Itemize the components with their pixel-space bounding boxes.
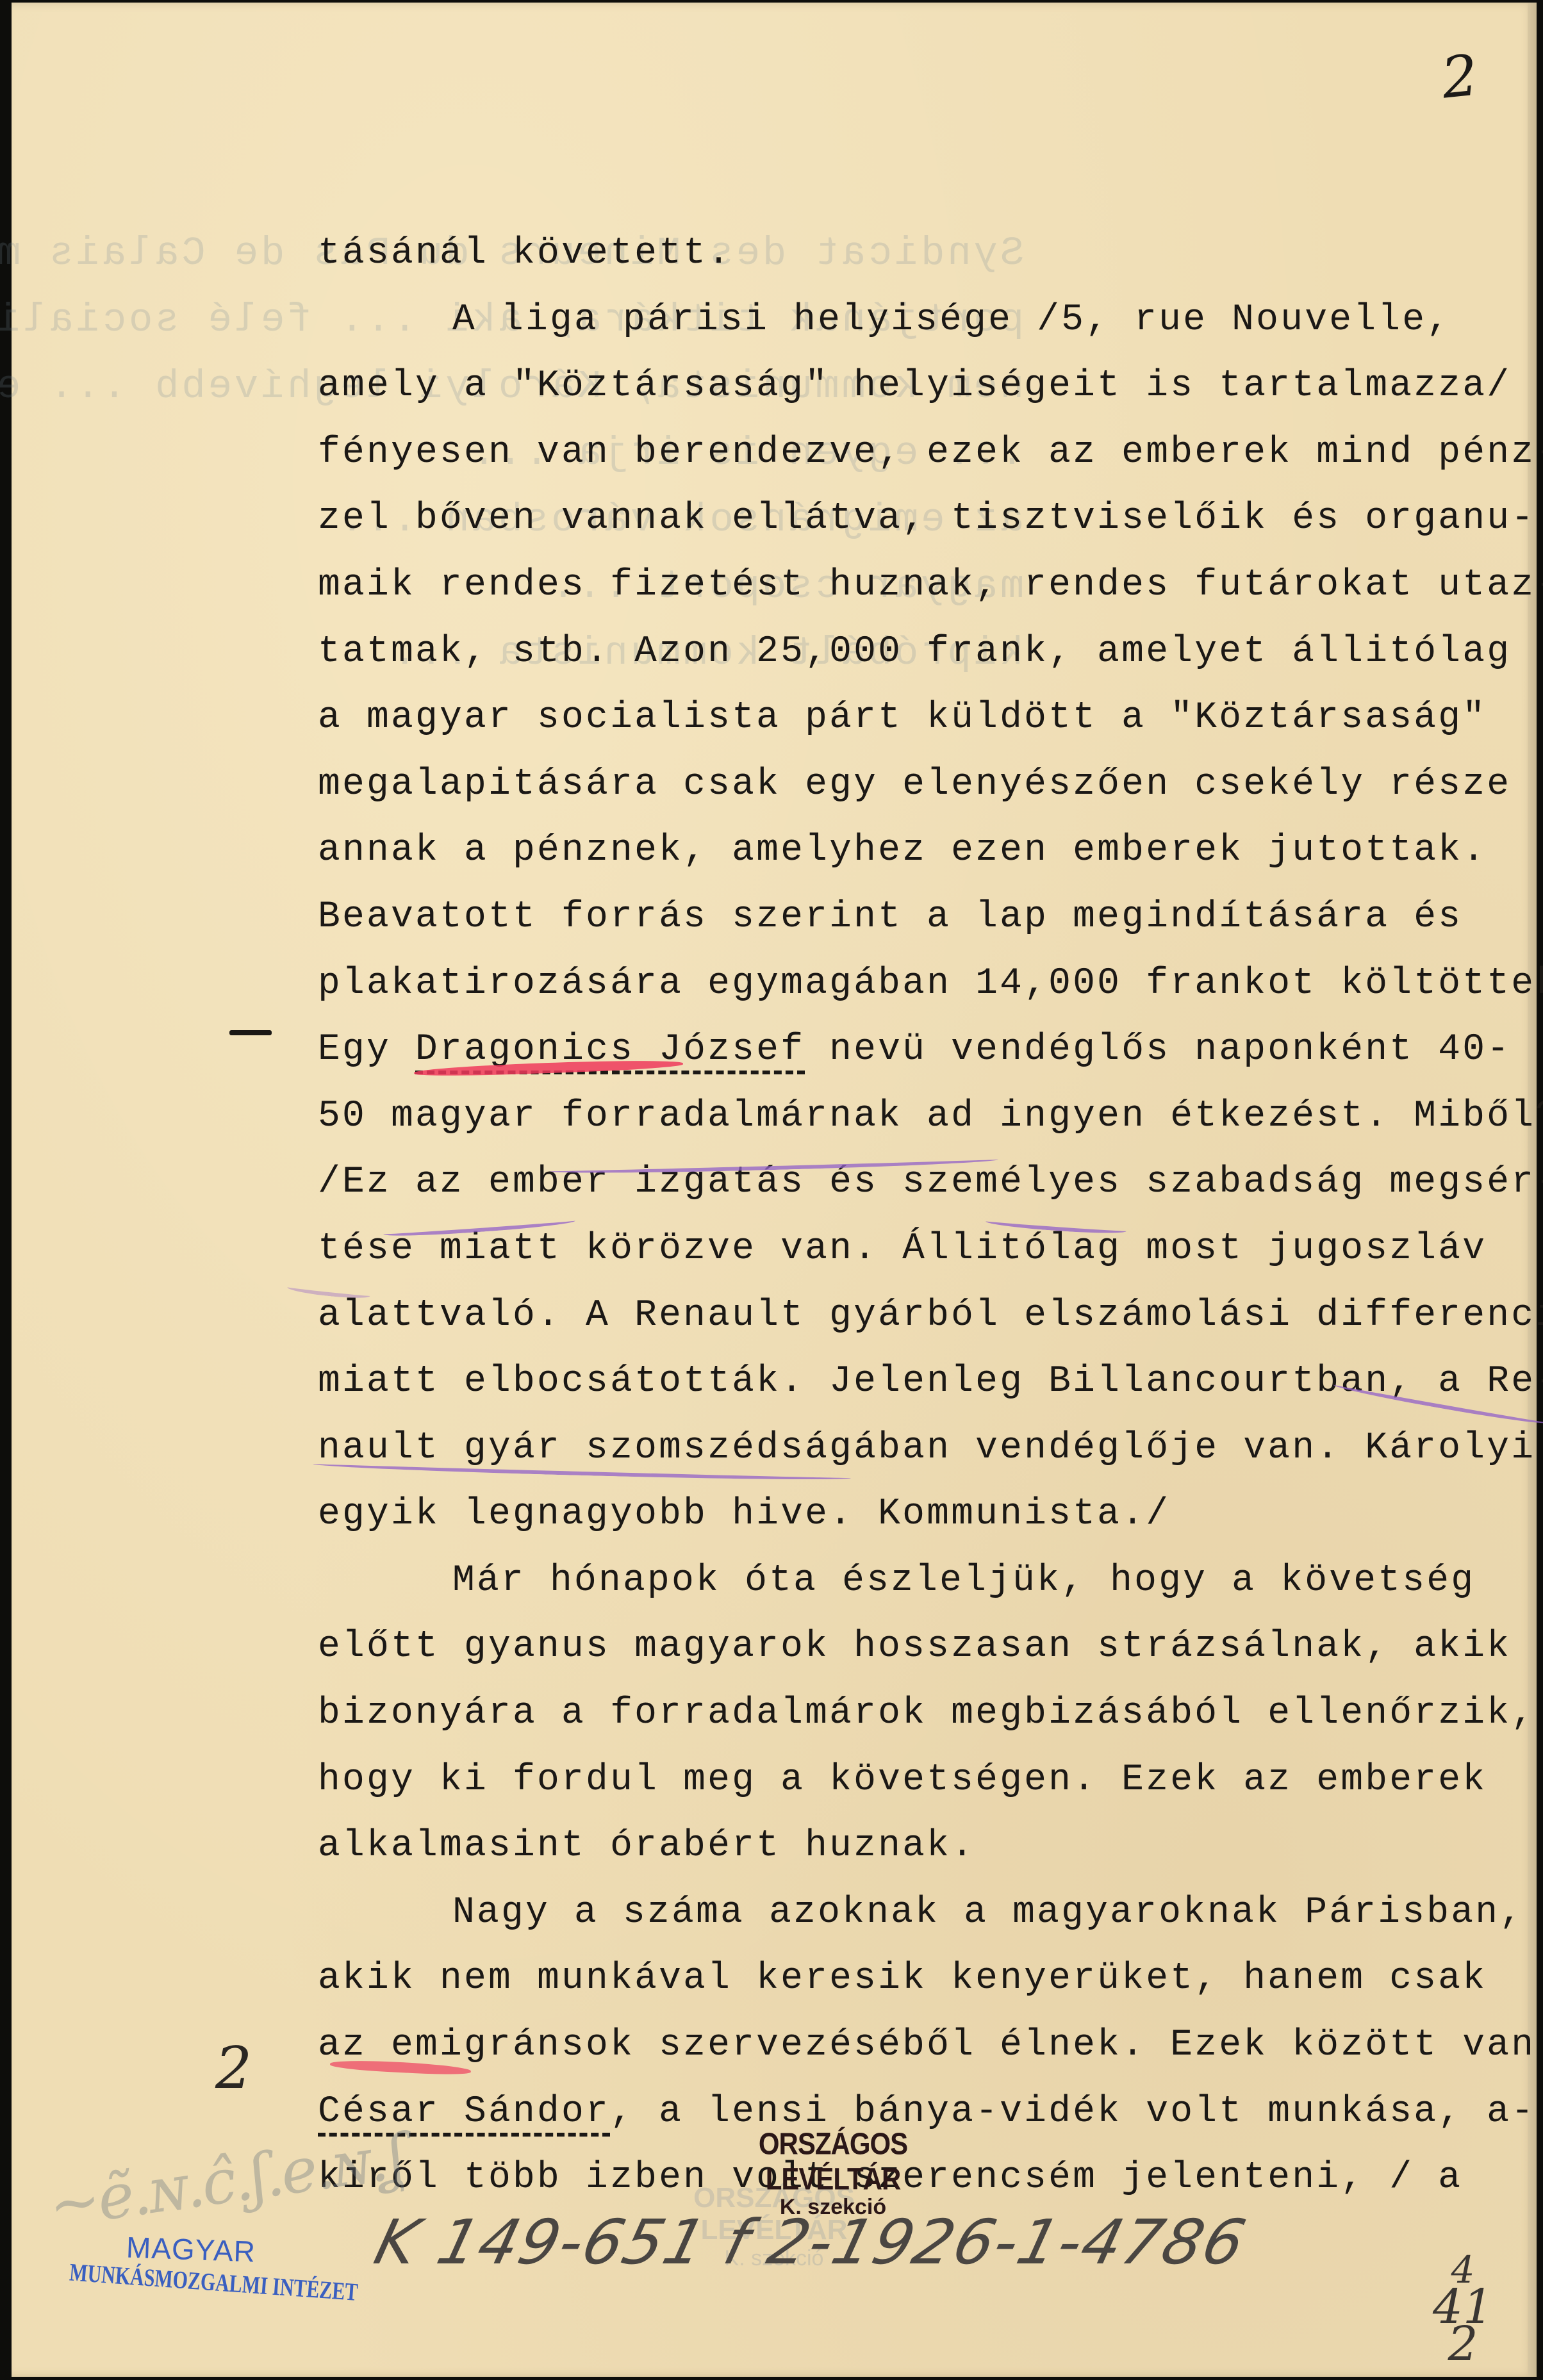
text-line: maik rendes fizetést huznak, rendes futá… (318, 552, 1543, 619)
text-line: tatmak, stb. Azon 25,000 frank, amelyet … (318, 619, 1543, 685)
text-line: zel bőven vannak ellátva, tisztviselőik … (318, 486, 1543, 552)
archive-reference-number: K 149-651 f 2-1926-1-4786 (368, 2206, 1253, 2278)
text-line: annak a pénznek, amelyhez ezen emberek j… (318, 817, 1543, 884)
corner-folio-note: 4 41 2 (1428, 2251, 1498, 2363)
text-line: akik nem munkával keresik kenyerüket, ha… (318, 1946, 1543, 2012)
document-page: 2 Syndicat des Mineurs du Pas de Calais … (12, 3, 1537, 2377)
text-line: Nagy a száma azoknak a magyaroknak Páris… (318, 1880, 1543, 1946)
text-line: az emigránsok szervezéséből élnek. Ezek … (318, 2012, 1543, 2079)
margin-dash-mark (229, 1030, 272, 1035)
text-line: megalapitására csak egy elenyészően csek… (318, 751, 1543, 818)
text-line: plakatirozására egymagában 14,000 franko… (318, 951, 1543, 1017)
text-line: előtt gyanus magyarok hosszasan strázsál… (318, 1614, 1543, 1680)
text-line: hogy ki fordul meg a követségen. Ezek az… (318, 1747, 1543, 1814)
typewritten-body: tásánál követett.A liga párisi helyisége… (318, 220, 1543, 2212)
text-line: egyik legnagyobb hive. Kommunista./ (318, 1481, 1543, 1548)
text-line: amely a "Köztársaság" helyiségeit is tar… (318, 353, 1543, 420)
institute-stamp: MAGYAR MUNKÁSMOZGALMI INTÉZET (69, 2232, 313, 2292)
text-line: 50 magyar forradalmárnak ad ingyen étkez… (318, 1083, 1543, 1150)
text-line: alattvaló. A Renault gyárból elszámolási… (318, 1283, 1543, 1349)
text-line: a magyar socialista párt küldött a "Közt… (318, 685, 1543, 751)
text-line: tásánál követett. (318, 220, 1543, 287)
handwritten-page-number: 2 (1439, 42, 1481, 111)
margin-number-mark: 2 (215, 2035, 252, 2102)
text-line: alkalmasint órabért huznak. (318, 1813, 1543, 1880)
text-line: miatt elbocsátották. Jelenleg Billancour… (318, 1349, 1543, 1415)
text-line: fényesen van berendezve, ezek az emberek… (318, 420, 1543, 486)
text-line: Beavatott forrás szerint a lap megindítá… (318, 884, 1543, 951)
text-line: Már hónapok óta észleljük, hogy a követs… (318, 1548, 1543, 1614)
text-line: A liga párisi helyisége /5, rue Nouvelle… (318, 287, 1543, 354)
text-line: bizonyára a forradalmárok megbizásából e… (318, 1680, 1543, 1747)
archive-stamp-title: ORSZÁGOS LEVÉLTÁR (718, 2126, 948, 2197)
